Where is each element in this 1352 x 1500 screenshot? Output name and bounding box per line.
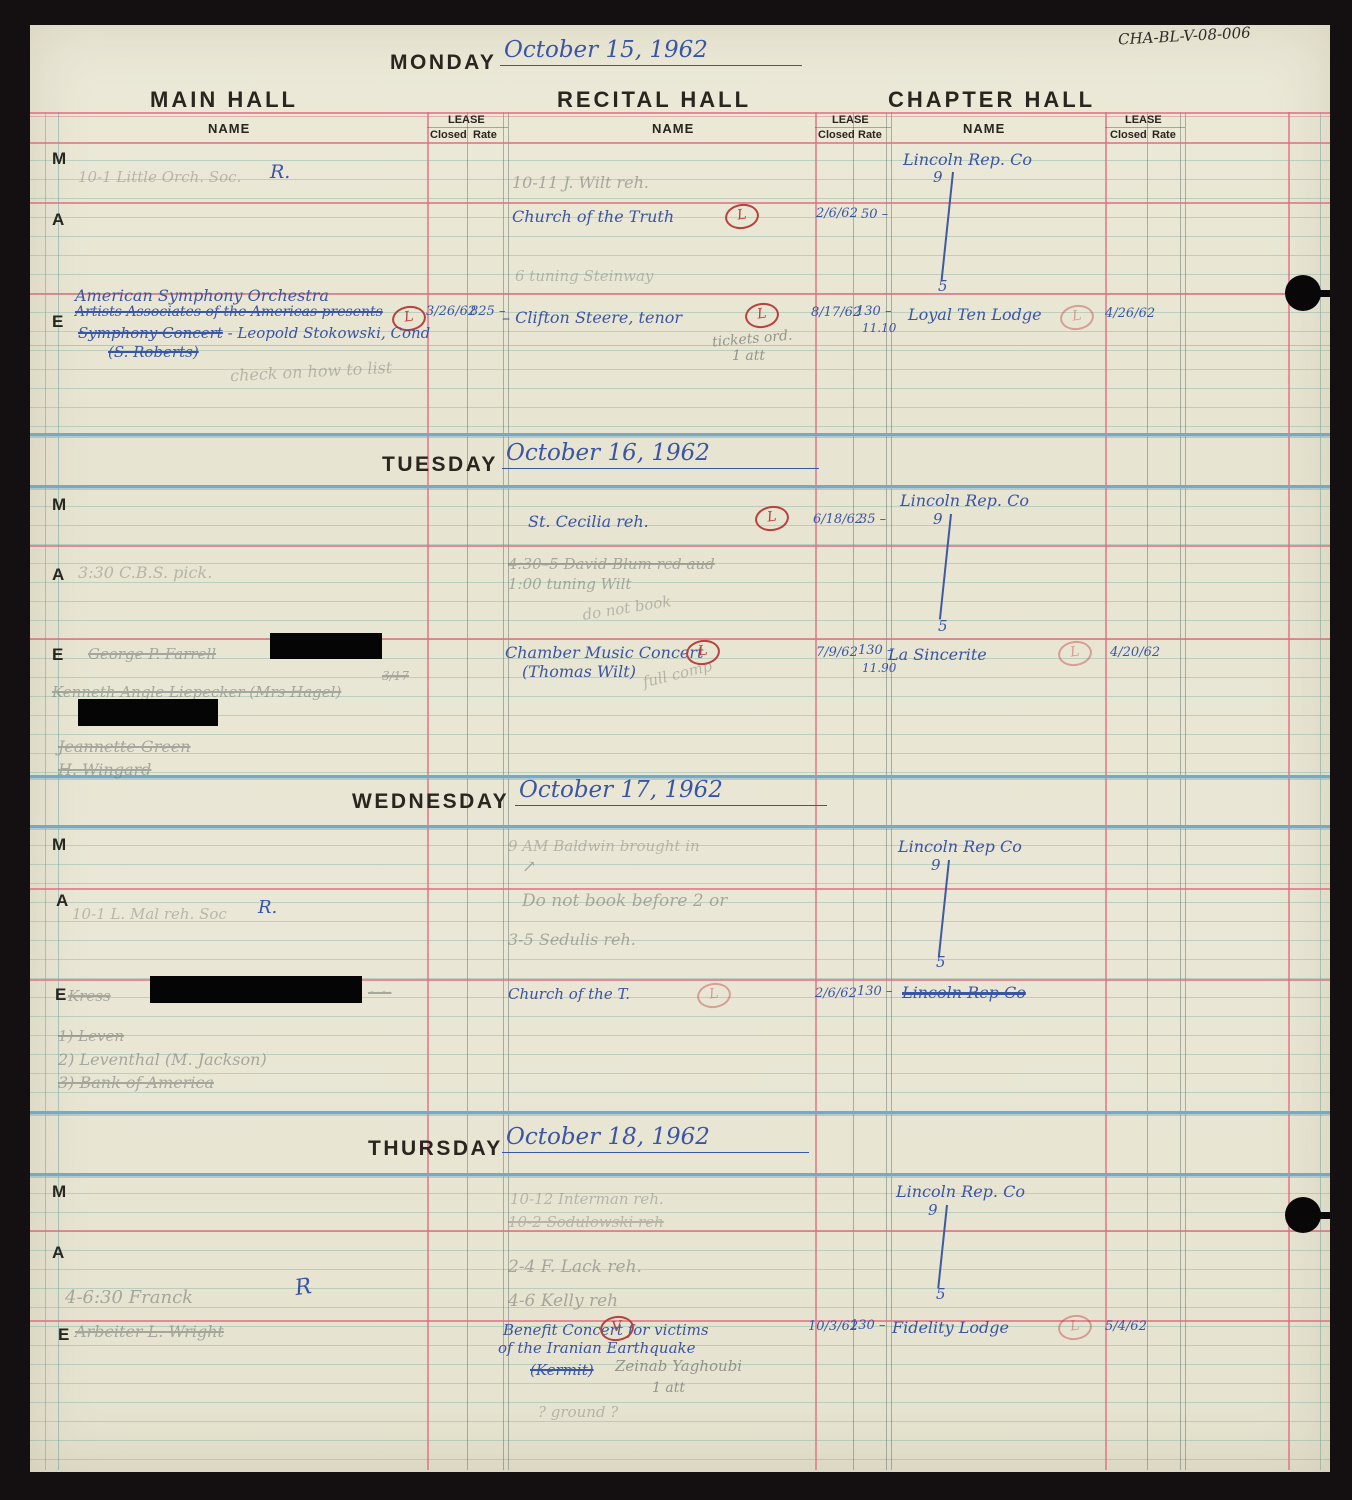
- blue-section-rule: [30, 485, 1330, 488]
- col-closed-chapter: Closed: [1110, 129, 1147, 141]
- arrow-mark: ↗: [522, 857, 536, 877]
- entry-main-morning: 10-1 Little Orch. Soc.: [78, 168, 241, 186]
- entry-chapter-evening: La Sincerite: [888, 645, 987, 664]
- pencil-entry: Do not book before 2 or: [522, 891, 727, 911]
- col-rate-recital: Rate: [858, 129, 882, 141]
- entry-recital-morning: St. Cecilia reh.: [528, 512, 649, 531]
- lease-rate: 35 –: [859, 512, 886, 527]
- entry-recital-evening-line2: of the Iranian Earthquake: [498, 1339, 695, 1357]
- blue-section-rule: [30, 1111, 1330, 1114]
- row-label-a: A: [52, 210, 64, 230]
- lease-closed-date: 4/20/62: [1110, 645, 1160, 660]
- day-label-thursday: THURSDAY: [368, 1137, 503, 1161]
- date-tuesday-text: October 16, 1962: [506, 440, 710, 466]
- pencil-entry-struck: George P. Farrell: [88, 645, 216, 663]
- entry-main-evening-line3: (S. Roberts): [108, 343, 199, 361]
- entry-chapter-evening: Fidelity Lodge: [892, 1318, 1009, 1337]
- row-label-a: A: [52, 1243, 64, 1263]
- row-label-a: A: [52, 565, 64, 585]
- entry-main-evening-line2: Symphony Concert - Leopold Stokowski, Co…: [78, 324, 430, 342]
- pencil-entry: 4-6 Kelly reh: [508, 1291, 618, 1311]
- col-lease-chapter: LEASE: [1125, 114, 1162, 126]
- pencil-entry-struck: Arbeiter L. Wright: [75, 1322, 224, 1341]
- day-label-wednesday: WEDNESDAY: [352, 790, 509, 814]
- pink-rule: [30, 202, 1330, 204]
- row-label-e: E: [52, 312, 63, 332]
- pencil-entry-struck: Jeannette Green: [58, 737, 191, 756]
- time-to: 5: [936, 1285, 946, 1303]
- hall-title-main: MAIN HALL: [150, 87, 298, 113]
- row-label-a: A: [56, 891, 68, 911]
- reference-code: CHA-BL-V-08-006: [1118, 24, 1251, 49]
- col-name-recital: NAME: [652, 121, 694, 136]
- row-label-m: M: [52, 835, 66, 855]
- time-from: 9: [933, 510, 943, 528]
- pencil-note: 3:30 C.B.S. pick.: [78, 563, 212, 582]
- redaction-box: [270, 633, 382, 659]
- entry-recital-evening: – Clifton Steere, tenor: [502, 308, 682, 327]
- day-label-monday: MONDAY: [390, 51, 496, 75]
- rule-line: [1180, 112, 1181, 1470]
- rule-line: [815, 127, 891, 128]
- day-label-tuesday: TUESDAY: [382, 453, 498, 477]
- rule-line: [45, 112, 46, 1470]
- pencil-entry-struck: Kress: [68, 987, 111, 1005]
- entry-main-evening-struck: Artists Associates of the Americas prese…: [75, 304, 383, 320]
- lease-rate: 130 –: [856, 304, 891, 319]
- date-monday: October 15, 1962: [500, 37, 802, 66]
- date-wednesday: October 17, 1962: [515, 777, 827, 806]
- rule-line: [1185, 112, 1186, 1470]
- row-label-e: E: [58, 1325, 69, 1345]
- col-name-main: NAME: [208, 121, 250, 136]
- row-label-m: M: [52, 1182, 66, 1202]
- row-label-e: E: [52, 645, 63, 665]
- redaction-box: [78, 699, 218, 726]
- entry-chapter-morning: Lincoln Rep. Co: [903, 150, 1032, 169]
- lease-closed-date: 2/6/62: [815, 986, 857, 1001]
- time-to: 5: [938, 277, 948, 295]
- pencil-entry: 2) Leventhal (M. Jackson): [58, 1050, 267, 1069]
- col-closed-recital: Closed: [818, 129, 855, 141]
- time-from: 9: [928, 1201, 938, 1219]
- pencil-entry: 1:00 tuning Wilt: [508, 575, 631, 593]
- time-to: 5: [936, 953, 946, 971]
- lease-closed-date: 7/9/62: [816, 645, 858, 660]
- pencil-note: 1 att: [652, 1380, 685, 1396]
- entry-chapter-evening-struck: Lincoln Rep Co: [902, 983, 1026, 1002]
- pencil-entry: 4-6:30 Franck: [65, 1287, 193, 1308]
- pencil-entry: 2-4 F. Lack reh.: [508, 1257, 642, 1277]
- pencil-entry: 9 AM Baldwin brought in: [508, 837, 700, 855]
- pink-rule: [30, 638, 1330, 640]
- pencil-note: Zeinab Yaghoubi: [615, 1357, 742, 1375]
- reh-mark: R.: [270, 161, 290, 183]
- pencil-entry-struck: ~~: [368, 985, 391, 1001]
- pencil-entry: 10-12 Interman reh.: [510, 1190, 664, 1208]
- blue-section-rule: [30, 1173, 1330, 1176]
- pencil-entry-struck: 4:30–5 David Blum rcd aud: [508, 555, 715, 573]
- rule-line: [1320, 112, 1321, 1470]
- pencil-note: ? ground ?: [538, 1403, 618, 1421]
- date-thursday: October 18, 1962: [502, 1124, 809, 1153]
- col-name-chapter: NAME: [963, 121, 1005, 136]
- pencil-entry-struck: 1) Leven: [58, 1027, 124, 1045]
- lease-closed-date: 4/26/62: [1105, 306, 1155, 321]
- pencil-entry-struck: 3/17: [382, 669, 409, 683]
- pink-rule: [30, 142, 1330, 144]
- pencil-entry: 3-5 Sedulis reh.: [508, 930, 636, 949]
- reh-mark: R.: [258, 897, 277, 918]
- entry-recital-evening: Chamber Music Concert: [505, 643, 703, 662]
- lease-rate: 825 –: [470, 304, 505, 319]
- pencil-entry-struck: 10-2 Sodulowski reh: [508, 1213, 664, 1231]
- pencil-note: 6 tuning Steinway: [515, 267, 653, 285]
- time-to: 5: [938, 617, 948, 635]
- entry-recital-evening-line2: (Thomas Wilt): [522, 662, 636, 681]
- entry-chapter-morning: Lincoln Rep. Co: [896, 1182, 1025, 1201]
- lease-rate: 130 –: [850, 1318, 885, 1333]
- plain-part: - Leopold Stokowski, Cond: [223, 324, 430, 342]
- col-lease-recital: LEASE: [832, 114, 869, 126]
- pink-rule: [30, 345, 1330, 346]
- scanned-ledger-page: CHA-BL-V-08-006 MONDAY October 15, 1962 …: [0, 0, 1352, 1500]
- date-monday-text: October 15, 1962: [504, 37, 708, 63]
- rule-line: [1288, 112, 1290, 1470]
- lease-closed-date: 8/17/62: [811, 305, 861, 320]
- row-label-m: M: [52, 149, 66, 169]
- punch-hole-stem: [1303, 1212, 1330, 1219]
- time-from: 9: [933, 168, 943, 186]
- time-from: 9: [931, 856, 941, 874]
- punch-hole-stem: [1303, 290, 1330, 297]
- col-closed-main: Closed: [430, 129, 467, 141]
- date-thursday-text: October 18, 1962: [506, 1124, 710, 1150]
- pink-rule: [30, 888, 1330, 890]
- pencil-note: 1 att: [732, 348, 765, 364]
- entry-recital-evening: Church of the T.: [508, 985, 630, 1003]
- lease-closed-date: 5/4/62: [1105, 1319, 1147, 1334]
- struck-part: Symphony Concert: [78, 324, 223, 342]
- entry-chapter-evening: Loyal Ten Lodge: [908, 305, 1042, 324]
- entry-recital-morning: 10-11 J. Wilt reh.: [512, 173, 649, 192]
- row-label-m: M: [52, 495, 66, 515]
- lease-closed-date: 2/6/62: [816, 206, 858, 221]
- pencil-entry-struck: H. Wingard: [58, 760, 151, 779]
- struck-name: (Kermit): [530, 1361, 594, 1379]
- blue-section-rule: [30, 825, 1330, 828]
- pink-rule: [30, 1230, 1330, 1232]
- blue-section-rule: [30, 433, 1330, 436]
- entry-chapter-morning: Lincoln Rep Co: [898, 837, 1022, 856]
- lease-closed-date: 6/18/62: [813, 512, 863, 527]
- hall-title-recital: RECITAL HALL: [557, 87, 751, 113]
- hall-title-chapter: CHAPTER HALL: [888, 87, 1095, 113]
- redaction-box: [150, 976, 362, 1003]
- entry-recital-afternoon: Church of the Truth: [512, 207, 674, 226]
- row-label-e: E: [55, 985, 66, 1005]
- date-tuesday: October 16, 1962: [502, 440, 819, 469]
- col-rate-chapter: Rate: [1152, 129, 1176, 141]
- col-lease-main: LEASE: [448, 114, 485, 126]
- entry-main-evening: American Symphony Orchestra: [75, 286, 329, 305]
- rule-line: [1105, 127, 1185, 128]
- pencil-entry-struck: 3) Bank of America: [58, 1073, 214, 1092]
- ruled-area-tuesday: [30, 488, 1330, 777]
- lease-closed-date: 3/26/62: [426, 304, 476, 319]
- pink-rule: [30, 545, 1330, 547]
- entry-chapter-morning: Lincoln Rep. Co: [900, 491, 1029, 510]
- col-rate-main: Rate: [473, 129, 497, 141]
- date-wednesday-text: October 17, 1962: [519, 777, 723, 803]
- lease-rate: 130 –: [857, 984, 892, 999]
- ledger-paper: CHA-BL-V-08-006 MONDAY October 15, 1962 …: [30, 25, 1330, 1472]
- lease-rate: 50 –: [861, 207, 888, 222]
- rule-line: [427, 127, 508, 128]
- reh-mark: R: [293, 1274, 313, 1301]
- pencil-note: 10-1 L. Mal reh. Soc: [72, 905, 227, 923]
- ruled-area-wednesday: [30, 827, 1330, 1113]
- lease-rate-2: 11.10: [862, 321, 896, 335]
